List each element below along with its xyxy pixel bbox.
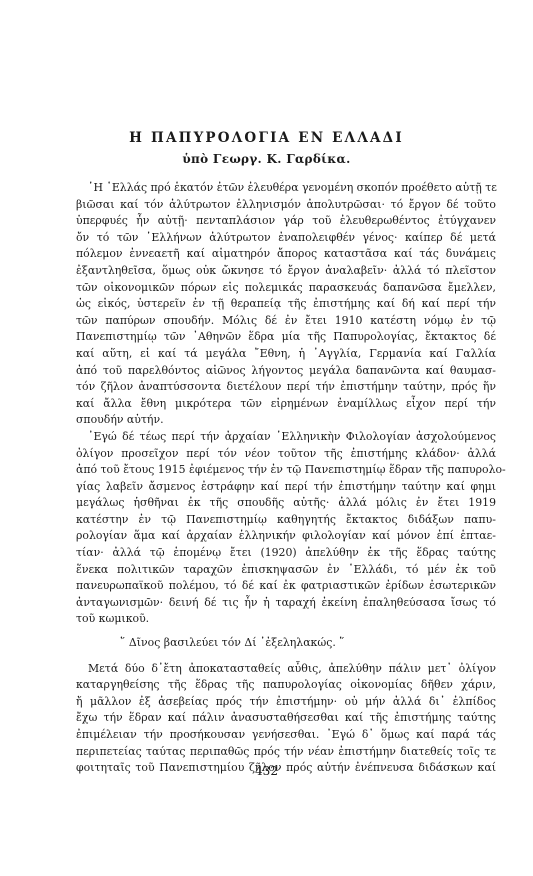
text-line: μεγάλως ἡσθῆναι ἐκ τῆς σπουδῆς αὐτῆς· ἀλ… [76,495,496,512]
text-line: τόν ζῆλον ἀναπτύσσοντα διετέλουν περί τή… [76,379,496,396]
text-line: πανευρωπαϊκοῦ πολέμου, τό δέ καί ἐκ φατρ… [76,578,496,595]
text-line: ὄν τό τῶν ῾Ελλήνων ἀλύτρωτον ἐναπολειφθέ… [76,230,496,247]
text-line: ἕνεκα πολιτικῶν ταραχῶν ἐπισκηψασῶν ἐν ῾… [76,562,496,579]
text-line: βιῶσαι καί τόν ἀλύτρωτον ἑλληνισμόν ἀπολ… [76,197,496,214]
text-line: τίαν· ἀλλά τῷ ἑπομένῳ ἔτει (1920) ἀπελύθ… [76,545,496,562]
page-number: 432 [0,764,533,778]
text-line: τῶν παπύρων σπουδήν. Μόλις δέ ἐν ἔτει 19… [76,313,496,330]
text-line: τοῦ κωμικοῦ. [76,611,496,628]
text-line: τῶν οἰκονομικῶν πόρων εἰς πολεμικάς παρα… [76,280,496,297]
text-line: ῾Η ῾Ελλάς πρό ἑκατόν ἐτῶν ἐλευθέρα γενομ… [76,180,496,197]
text-line: κατέστην ἐν τῷ Πανεπιστημίῳ καθηγητής ἔκ… [76,512,496,529]
paragraph: ῾Η ῾Ελλάς πρό ἑκατόν ἐτῶν ἐλευθέρα γενομ… [76,180,496,429]
text-line: ἐξαντληθεῖσα, ὅμως οὐκ ὤκνησε τό ἔργον ἀ… [76,263,496,280]
article-author: ὑπὸ Γεωργ. Κ. Γαρδίκα. [0,152,533,166]
text-line: ἀνταγωνισμῶν· δεινή δέ τις ἦν ἡ ταραχή ἐ… [76,595,496,612]
text-line: ἀπό τοῦ παρελθόντος αἰῶνος λήγοντος μεγά… [76,363,496,380]
text-line: Μετά δύο δ᾿ἔτη ἀποκατασταθείς αὖθις, ἀπε… [76,661,496,678]
text-line: ὑπερφυές ἦν αὐτῇ· πενταπλάσιον γάρ τοῦ ἐ… [76,213,496,230]
text-line: γίας λαβεῖν ἄσμενος ἐστράφην καί περί τή… [76,479,496,496]
document-page: Η ΠΑΠΥΡΟΛΟΓΙΑ ΕΝ ΕΛΛΑΔΙ ὑπὸ Γεωργ. Κ. Γα… [0,0,533,876]
text-line: ρολογίαν ἅμα καί ἀρχαίαν ἑλληνικήν φιλολ… [76,528,496,545]
text-line: καί ἄλλα ἔθνη μικρότερα τῶν εἰρημένων ἐν… [76,396,496,413]
text-line: ἤ μᾶλλον ἐξ ἀσεβείας πρός τήν ἐπιστήμην·… [76,694,496,711]
text-line: ὡς εἰκός, ὑστερεῖν ἐν τῇ θεραπείᾳ τῆς ἐπ… [76,296,496,313]
article-body: ῾Η ῾Ελλάς πρό ἑκατόν ἐτῶν ἐλευθέρα γενομ… [76,180,496,777]
paragraph: Μετά δύο δ᾿ἔτη ἀποκατασταθείς αὖθις, ἀπε… [76,661,496,777]
block-quote: ῞ Δῖνος βασιλεύει τόν Δί ᾿ἐξεληλακώς. ῞ [76,635,496,652]
text-line: Πανεπιστημίῳ τῶν ᾿Αθηνῶν ἕδρα μία τῆς Πα… [76,329,496,346]
text-line: πόλεμον ἐννεαετῆ καί αἱματηρόν ἄπορος κα… [76,246,496,263]
text-line: ᾿Εγώ δέ τέως περί τήν ἀρχαίαν ῾Ελληνικὴν… [76,429,496,446]
text-line: ὀλίγον προσεῖχον περί τόν νέον τοῦτον τῆ… [76,446,496,463]
text-line: ἔχω τήν ἕδραν καί πάλιν ἀνασυσταθήσεσθαι… [76,710,496,727]
text-line: περιπετείας ταύτας περιπαθῶς πρός τήν νέ… [76,744,496,761]
text-line: ἐπιμέλειαν τήν προσήκουσαν γενήσεσθαι. ᾿… [76,727,496,744]
text-line: καί αὕτη, εἰ καί τά μεγάλα ῎Εθνη, ἡ ᾿Αγγ… [76,346,496,363]
article-title: Η ΠΑΠΥΡΟΛΟΓΙΑ ΕΝ ΕΛΛΑΔΙ [0,130,533,146]
text-line: καταργηθείσης τῆς ἕδρας τῆς παπυρολογίας… [76,677,496,694]
paragraph: ᾿Εγώ δέ τέως περί τήν ἀρχαίαν ῾Ελληνικὴν… [76,429,496,628]
text-line: σπουδήν αὐτήν. [76,412,496,429]
text-line: ἀπό τοῦ ἔτους 1915 ἐφιέμενος τήν ἐν τῷ Π… [76,462,496,479]
